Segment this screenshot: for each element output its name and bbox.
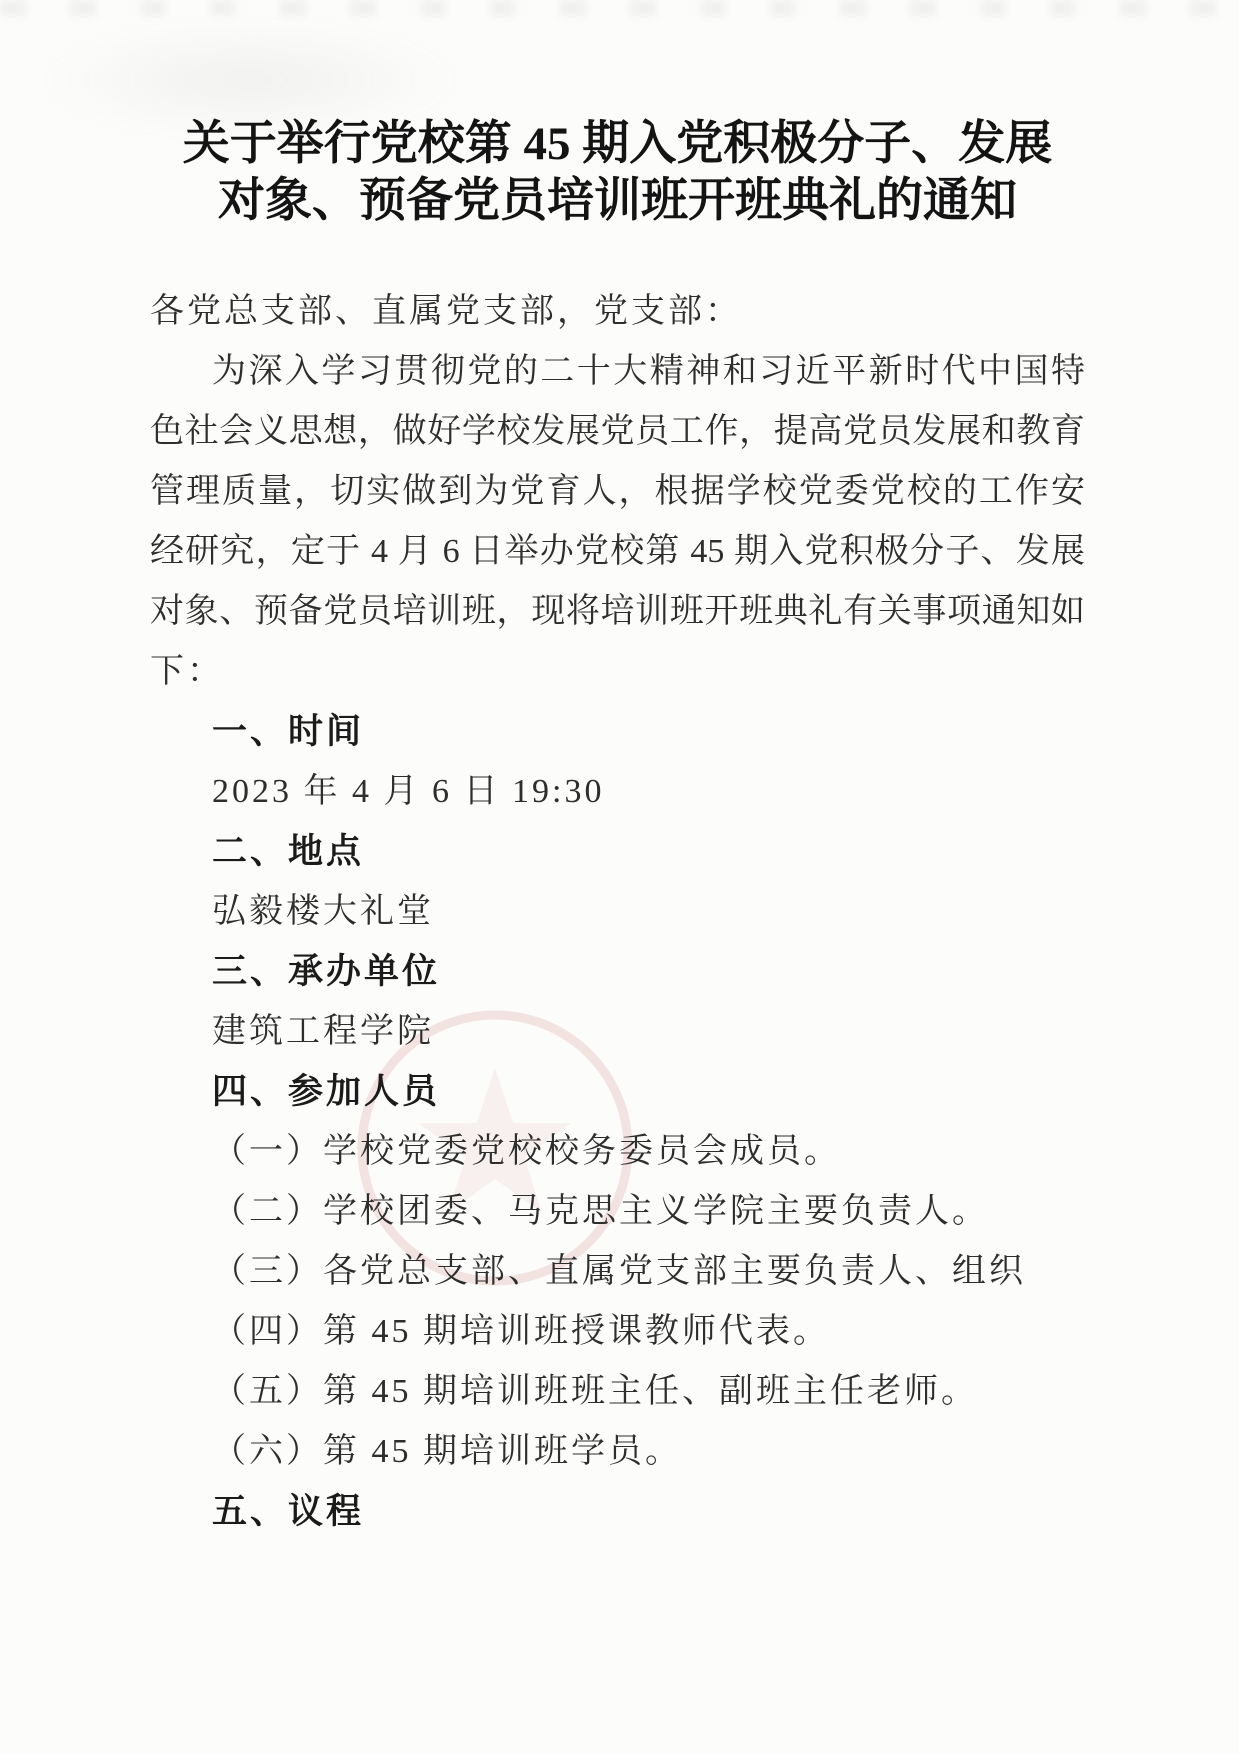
document-content: 关于举行党校第 45 期入党积极分子、发展 对象、预备党员培训班开班典礼的通知 … <box>150 0 1085 1542</box>
document-title-line2: 对象、预备党员培训班开班典礼的通知 <box>150 173 1085 230</box>
section-heading-agenda: 五、议程 <box>150 1482 1085 1542</box>
document-title-line1: 关于举行党校第 45 期入党积极分子、发展 <box>150 116 1085 173</box>
participant-item: （六）第 45 期培训班学员。 <box>150 1422 1085 1482</box>
section-content-organizer: 建筑工程学院 <box>150 1002 1085 1062</box>
participant-item: （四）第 45 期培训班授课教师代表。 <box>150 1302 1085 1362</box>
intro-line: 下： <box>150 642 1085 702</box>
intro-line: 经研究，定于 4 月 6 日举办党校第 45 期入党积极分子、发展 <box>150 522 1085 582</box>
section-content-place: 弘毅楼大礼堂 <box>150 882 1085 942</box>
salutation: 各党总支部、直属党支部，党支部： <box>150 282 1085 342</box>
intro-line: 为深入学习贯彻党的二十大精神和习近平新时代中国特 <box>150 342 1085 402</box>
section-heading-participants: 四、参加人员 <box>150 1062 1085 1122</box>
section-heading-place: 二、地点 <box>150 822 1085 882</box>
document-body: 各党总支部、直属党支部，党支部： 为深入学习贯彻党的二十大精神和习近平新时代中国… <box>150 282 1085 1542</box>
section-heading-organizer: 三、承办单位 <box>150 942 1085 1002</box>
intro-line: 对象、预备党员培训班，现将培训班开班典礼有关事项通知如 <box>150 582 1085 642</box>
intro-line: 色社会义思想，做好学校发展党员工作，提高党员发展和教育 <box>150 402 1085 462</box>
document-title: 关于举行党校第 45 期入党积极分子、发展 对象、预备党员培训班开班典礼的通知 <box>150 0 1085 230</box>
intro-line: 管理质量，切实做到为党育人，根据学校党委党校的工作安排， <box>150 462 1085 522</box>
section-content-time: 2023 年 4 月 6 日 19:30 <box>150 762 1085 822</box>
participant-item: （一）学校党委党校校务委员会成员。 <box>150 1122 1085 1182</box>
section-heading-time: 一、时间 <box>150 702 1085 762</box>
participant-item: （二）学校团委、马克思主义学院主要负责人。 <box>150 1182 1085 1242</box>
scanned-notice-page: 关于举行党校第 45 期入党积极分子、发展 对象、预备党员培训班开班典礼的通知 … <box>0 0 1239 1754</box>
participant-item: （三）各党总支部、直属党支部主要负责人、组织员。 <box>150 1242 1085 1302</box>
participant-item: （五）第 45 期培训班班主任、副班主任老师。 <box>150 1362 1085 1422</box>
